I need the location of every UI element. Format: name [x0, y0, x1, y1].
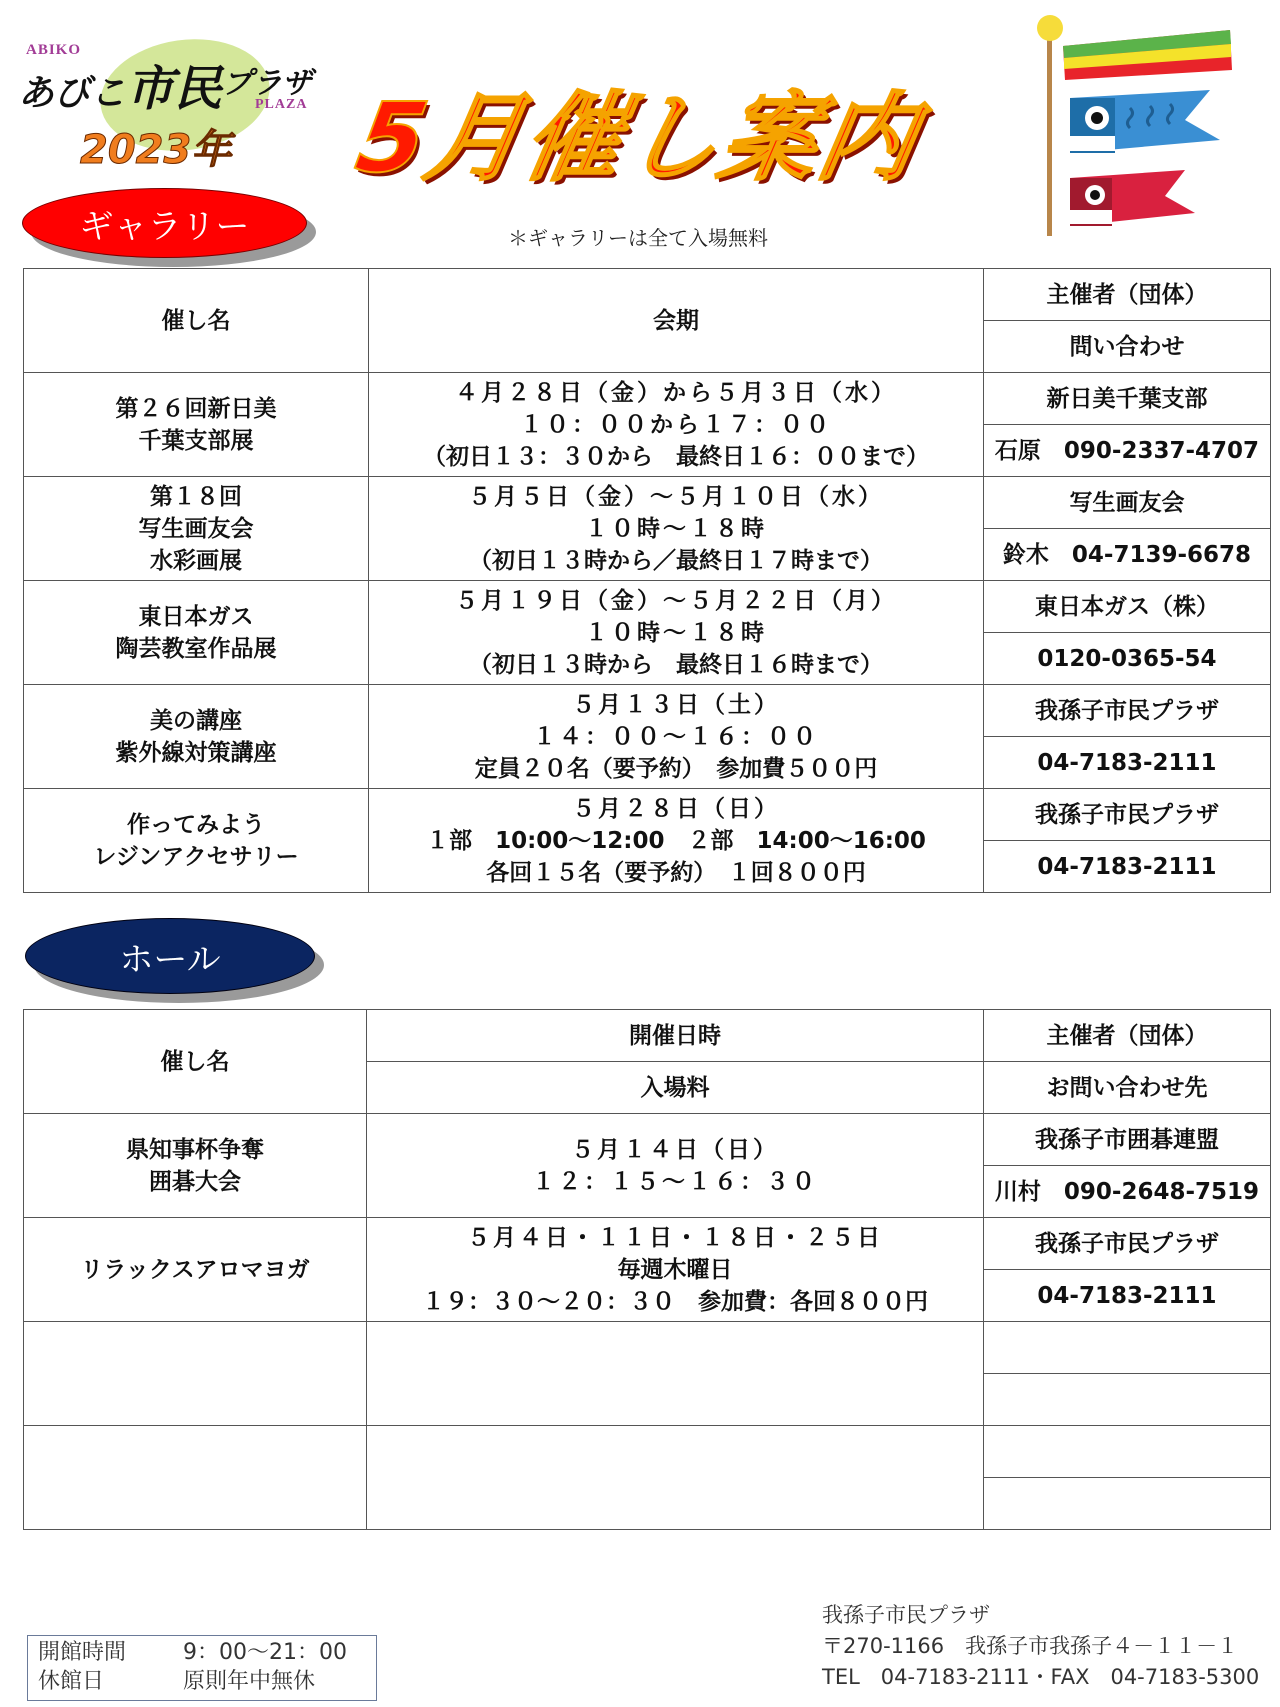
hours-label: 開館時間	[38, 1638, 183, 1667]
event-organizer: 我孫子市民プラザ	[984, 789, 1271, 841]
event-name: リラックスアロマヨガ	[24, 1218, 367, 1322]
period-line: １０時～１８時	[369, 617, 983, 649]
year-label: 2023年	[80, 118, 231, 175]
period-line: １２：１５～１６：３０	[367, 1166, 983, 1198]
table-row: 東日本ガス 陶芸教室作品展 ５月１９日（金）～５月２２日（月） １０時～１８時 …	[24, 581, 1271, 633]
event-name-line: 東日本ガス	[24, 601, 368, 633]
header-period: 会期	[369, 269, 984, 373]
header-event-name: 催し名	[24, 1010, 367, 1114]
opening-hours-box: 開館時間 9：00～21：00 休館日 原則年中無休	[27, 1635, 377, 1701]
event-name-line: 陶芸教室作品展	[24, 633, 368, 665]
header-contact: お問い合わせ先	[984, 1062, 1271, 1114]
koinobori-icon	[1035, 8, 1250, 238]
event-period	[367, 1322, 984, 1426]
period-line: （初日１３時から／最終日１７時まで）	[369, 545, 983, 577]
header-datetime: 開催日時	[367, 1010, 984, 1062]
gallery-events-table: 催し名 会期 主催者（団体） 問い合わせ 第２６回新日美 千葉支部展 ４月２８日…	[23, 268, 1271, 893]
event-name: 美の講座 紫外線対策講座	[24, 685, 369, 789]
event-name: 東日本ガス 陶芸教室作品展	[24, 581, 369, 685]
hall-events-table: 催し名 開催日時 主催者（団体） 入場料 お問い合わせ先 県知事杯争奪 囲碁大会…	[23, 1009, 1271, 1530]
event-organizer: 我孫子市民プラザ	[984, 685, 1271, 737]
gallery-section-label: ギャラリー	[22, 188, 307, 258]
event-name-line: 県知事杯争奪	[24, 1134, 366, 1166]
event-organizer: 東日本ガス（株）	[984, 581, 1271, 633]
event-name-line: 紫外線対策講座	[24, 737, 368, 769]
closed-value: 原則年中無休	[183, 1667, 315, 1696]
header-organizer: 主催者（団体）	[984, 1010, 1271, 1062]
facility-name: 我孫子市民プラザ	[822, 1600, 1259, 1631]
logo-shimin: 市民	[126, 61, 222, 117]
event-period: ５月４日・１１日・１８日・２５日 毎週木曜日 １９：３０～２０：３０ 参加費：各…	[367, 1218, 984, 1322]
event-name: 第１８回 写生画友会 水彩画展	[24, 477, 369, 581]
event-name-line: 写生画友会	[24, 513, 368, 545]
event-organizer: 我孫子市囲碁連盟	[984, 1114, 1271, 1166]
period-line: ５月２８日（日）	[369, 793, 983, 825]
event-contact	[984, 1478, 1271, 1530]
header-fee: 入場料	[367, 1062, 984, 1114]
facility-address-block: 我孫子市民プラザ 〒270-1166 我孫子市我孫子４－１１－１ TEL 04-…	[822, 1600, 1259, 1693]
event-organizer: 写生画友会	[984, 477, 1271, 529]
period-line: １０時～１８時	[369, 513, 983, 545]
closed-row: 休館日 原則年中無休	[38, 1667, 366, 1696]
event-contact: 石原 090-2337-4707	[984, 425, 1271, 477]
table-row: 県知事杯争奪 囲碁大会 ５月１４日（日） １２：１５～１６：３０ 我孫子市囲碁連…	[24, 1114, 1271, 1166]
event-name-line: 第２６回新日美	[24, 393, 368, 425]
event-name-line: 第１８回	[24, 481, 368, 513]
phone-fax: TEL 04-7183-2111・FAX 04-7183-5300	[822, 1662, 1259, 1693]
period-line: ５月１３日（土）	[369, 689, 983, 721]
hall-section-label: ホール	[25, 918, 315, 994]
period-line: １０：００から１７：００	[369, 409, 983, 441]
hall-header-row: 催し名 開催日時 主催者（団体）	[24, 1010, 1271, 1062]
event-period: ４月２８日（金）から５月３日（水） １０：００から１７：００ （初日１３：３０か…	[369, 373, 984, 477]
table-row: 第１８回 写生画友会 水彩画展 ５月５日（金）～５月１０日（水） １０時～１８時…	[24, 477, 1271, 529]
event-period: ５月５日（金）～５月１０日（水） １０時～１８時 （初日１３時から／最終日１７時…	[369, 477, 984, 581]
period-line: １９：３０～２０：３０ 参加費：各回８００円	[367, 1286, 983, 1318]
table-row: 美の講座 紫外線対策講座 ５月１３日（土） １４：００～１６：００ 定員２０名（…	[24, 685, 1271, 737]
event-contact	[984, 1374, 1271, 1426]
event-name-line: レジンアクセサリー	[24, 841, 368, 873]
logo-plaza-kana: プラザ	[222, 66, 312, 101]
event-name-line: リラックスアロマヨガ	[24, 1254, 366, 1286]
event-name-line: 水彩画展	[24, 545, 368, 577]
event-period: ５月１９日（金）～５月２２日（月） １０時～１８時 （初日１３時から 最終日１６…	[369, 581, 984, 685]
event-period	[367, 1426, 984, 1530]
header-event-name: 催し名	[24, 269, 369, 373]
event-name: 第２６回新日美 千葉支部展	[24, 373, 369, 477]
event-name: 県知事杯争奪 囲碁大会	[24, 1114, 367, 1218]
period-line: ５月４日・１１日・１８日・２５日	[367, 1222, 983, 1254]
header-contact: 問い合わせ	[984, 321, 1271, 373]
event-period: ５月１４日（日） １２：１５～１６：３０	[367, 1114, 984, 1218]
table-row-empty	[24, 1426, 1271, 1478]
hours-row: 開館時間 9：00～21：00	[38, 1638, 366, 1667]
logo-plaza-latin: PLAZA	[255, 97, 307, 113]
period-line: ５月１４日（日）	[367, 1134, 983, 1166]
event-contact: 0120-0365-54	[984, 633, 1271, 685]
event-organizer: 我孫子市民プラザ	[984, 1218, 1271, 1270]
period-line: ５月５日（金）～５月１０日（水）	[369, 481, 983, 513]
event-contact: 04-7183-2111	[984, 1270, 1271, 1322]
event-period: ５月２８日（日） １部 10:00～12:00 ２部 14:00～16:00 各…	[369, 789, 984, 893]
event-name: 作ってみよう レジンアクセサリー	[24, 789, 369, 893]
event-contact: 04-7183-2111	[984, 737, 1271, 789]
hours-value: 9：00～21：00	[183, 1638, 347, 1667]
period-line: 各回１５名（要予約） １回８００円	[369, 857, 983, 889]
logo-abiko-kana: あびこ	[18, 73, 126, 114]
period-line: ４月２８日（金）から５月３日（水）	[369, 377, 983, 409]
event-contact: 鈴木 04-7139-6678	[984, 529, 1271, 581]
table-row: 第２６回新日美 千葉支部展 ４月２８日（金）から５月３日（水） １０：００から１…	[24, 373, 1271, 425]
event-organizer	[984, 1322, 1271, 1374]
period-line: １部 10:00～12:00 ２部 14:00～16:00	[369, 825, 983, 857]
event-contact: 04-7183-2111	[984, 841, 1271, 893]
table-row-empty	[24, 1322, 1271, 1374]
gallery-free-admission-note: ＊ギャラリーは全て入場無料	[508, 222, 768, 251]
event-organizer	[984, 1426, 1271, 1478]
table-row: リラックスアロマヨガ ５月４日・１１日・１８日・２５日 毎週木曜日 １９：３０～…	[24, 1218, 1271, 1270]
event-period: ５月１３日（土） １４：００～１６：００ 定員２０名（要予約） 参加費５００円	[369, 685, 984, 789]
event-name	[24, 1426, 367, 1530]
event-name-line: 千葉支部展	[24, 425, 368, 457]
period-line: 定員２０名（要予約） 参加費５００円	[369, 753, 983, 785]
event-name-line: 囲碁大会	[24, 1166, 366, 1198]
period-line: １４：００～１６：００	[369, 721, 983, 753]
page-title: 5月催し案内	[348, 62, 931, 199]
event-contact: 川村 090-2648-7519	[984, 1166, 1271, 1218]
event-name-line: 作ってみよう	[24, 809, 368, 841]
period-line: （初日１３：３０から 最終日１６：００まで）	[369, 441, 983, 473]
event-organizer: 新日美千葉支部	[984, 373, 1271, 425]
period-line: ５月１９日（金）～５月２２日（月）	[369, 585, 983, 617]
header-organizer: 主催者（団体）	[984, 269, 1271, 321]
closed-label: 休館日	[38, 1667, 183, 1696]
event-name	[24, 1322, 367, 1426]
postal-address: 〒270-1166 我孫子市我孫子４－１１－１	[822, 1631, 1259, 1662]
period-line: 毎週木曜日	[367, 1254, 983, 1286]
table-row: 作ってみよう レジンアクセサリー ５月２８日（日） １部 10:00～12:00…	[24, 789, 1271, 841]
period-line: （初日１３時から 最終日１６時まで）	[369, 649, 983, 681]
gallery-header-row: 催し名 会期 主催者（団体）	[24, 269, 1271, 321]
event-name-line: 美の講座	[24, 705, 368, 737]
